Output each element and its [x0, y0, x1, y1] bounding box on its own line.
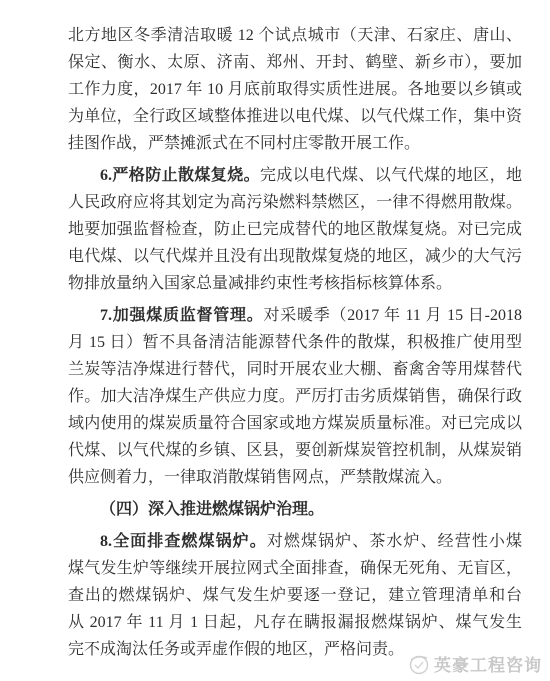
- line-text: 工作力度，2017 年 10 月底前取得实质性进展。各地要以乡镇或区县: [68, 81, 522, 103]
- text-line: 保定、衡水、太原、济南、郑州、开封、鹤壁、新乡市），要加大: [68, 49, 522, 76]
- line-bold: 7.加强煤质监督管理。: [100, 307, 264, 324]
- line-text: 代煤、以气代煤的乡镇、区县，要创新煤炭管控机制，从煤炭销售: [68, 442, 522, 464]
- line-text: 月 15 日）暂不具备清洁能源替代条件的散煤，积极推广使用型煤、: [68, 334, 522, 356]
- text-line: 挂图作战，严禁摊派式在不同村庄零散开展工作。: [68, 130, 522, 157]
- section-heading-line: 7.加强煤质监督管理。对采暖季（2017 年 11 月 15 日-2018 年 …: [68, 302, 522, 329]
- document-body: 北方地区冬季清洁取暖 12 个试点城市（天津、石家庄、唐山、廊坊、 保定、衡水、…: [68, 22, 522, 663]
- line-text: 人民政府应将其划定为高污染燃料禁燃区，一律不得燃用散煤。各: [68, 194, 522, 216]
- line-text: 北方地区冬季清洁取暖 12 个试点城市（天津、石家庄、唐山、廊坊、: [68, 27, 522, 49]
- line-bold: 8.全面排查燃煤锅炉。: [100, 533, 267, 550]
- line-text: 物排放量纳入国家总量减排约束性考核指标核算体系。: [68, 275, 452, 292]
- line-text: 挂图作战，严禁摊派式在不同村庄零散开展工作。: [68, 135, 420, 152]
- line-text: 保定、衡水、太原、济南、郑州、开封、鹤壁、新乡市），要加大: [68, 54, 522, 76]
- line-text: 从 2017 年 11 月 1 日起，凡存在瞒报漏报燃煤锅炉、煤气发生炉，: [68, 614, 522, 636]
- subsection-title-line: （四）深入推进燃煤锅炉治理。: [68, 496, 522, 523]
- text-line: 兰炭等洁净煤进行替代，同时开展农业大棚、畜禽舍等用煤替代工: [68, 356, 522, 383]
- company-logo-icon: [407, 652, 431, 676]
- text-line: 月 15 日）暂不具备清洁能源替代条件的散煤，积极推广使用型煤、: [68, 329, 522, 356]
- text-line: 人民政府应将其划定为高污染燃料禁燃区，一律不得燃用散煤。各: [68, 189, 522, 216]
- text-line: 供应侧着力，一律取消散煤销售网点，严禁散煤流入。: [68, 464, 522, 491]
- text-line: 煤气发生炉等继续开展拉网式全面排查，确保无死角、无盲区，排: [68, 555, 522, 582]
- text-line: 工作力度，2017 年 10 月底前取得实质性进展。各地要以乡镇或区县: [68, 76, 522, 103]
- line-text: 地要加强监督检查，防止已完成替代的地区散煤复烧。对已完成以: [68, 221, 522, 243]
- line-bold: （四）深入推进燃煤锅炉治理。: [100, 501, 324, 518]
- text-line: 地要加强监督检查，防止已完成替代的地区散煤复烧。对已完成以: [68, 216, 522, 243]
- text-line: 电代煤、以气代煤并且没有出现散煤复烧的地区，减少的大气污染: [68, 243, 522, 270]
- text-line: 北方地区冬季清洁取暖 12 个试点城市（天津、石家庄、唐山、廊坊、: [68, 22, 522, 49]
- line-text: 查出的燃煤锅炉、煤气发生炉要逐一登记，建立管理清单和台账。: [68, 587, 522, 609]
- text-line: 代煤、以气代煤的乡镇、区县，要创新煤炭管控机制，从煤炭销售: [68, 437, 522, 464]
- line-text: 电代煤、以气代煤并且没有出现散煤复烧的地区，减少的大气污染: [68, 248, 522, 270]
- text-line: 查出的燃煤锅炉、煤气发生炉要逐一登记，建立管理清单和台账。: [68, 582, 522, 609]
- text-line: 物排放量纳入国家总量减排约束性考核指标核算体系。: [68, 270, 522, 297]
- line-text: 兰炭等洁净煤进行替代，同时开展农业大棚、畜禽舍等用煤替代工: [68, 361, 522, 383]
- line-text: 完不成淘汰任务或弄虚作假的地区，严格问责。: [68, 641, 404, 658]
- section-heading-line: 8.全面排查燃煤锅炉。对燃煤锅炉、茶水炉、经营性小煤炉、: [68, 528, 522, 555]
- watermark: 英豪工程咨询: [407, 651, 542, 676]
- text-line: 为单位，全行政区域整体推进以电代煤、以气代煤工作，集中资源，: [68, 103, 522, 130]
- line-bold: 6.严格防止散煤复烧。: [100, 167, 260, 184]
- text-line: 域内使用的煤炭质量符合国家或地方煤炭质量标准。对已完成以电: [68, 410, 522, 437]
- text-line: 作。加大洁净煤生产供应力度。严厉打击劣质煤销售，确保行政区: [68, 383, 522, 410]
- line-text: 煤气发生炉等继续开展拉网式全面排查，确保无死角、无盲区，排: [68, 560, 522, 582]
- line-text: 为单位，全行政区域整体推进以电代煤、以气代煤工作，集中资源，: [68, 108, 522, 130]
- line-text: 域内使用的煤炭质量符合国家或地方煤炭质量标准。对已完成以电: [68, 415, 522, 437]
- document-page: 北方地区冬季清洁取暖 12 个试点城市（天津、石家庄、唐山、廊坊、 保定、衡水、…: [0, 0, 550, 681]
- line-text: 作。加大洁净煤生产供应力度。严厉打击劣质煤销售，确保行政区: [68, 388, 522, 410]
- section-heading-line: 6.严格防止散煤复烧。完成以电代煤、以气代煤的地区，地方: [68, 162, 522, 189]
- watermark-text: 英豪工程咨询: [434, 651, 542, 676]
- line-text: 供应侧着力，一律取消散煤销售网点，严禁散煤流入。: [68, 469, 452, 486]
- text-line: 从 2017 年 11 月 1 日起，凡存在瞒报漏报燃煤锅炉、煤气发生炉，: [68, 609, 522, 636]
